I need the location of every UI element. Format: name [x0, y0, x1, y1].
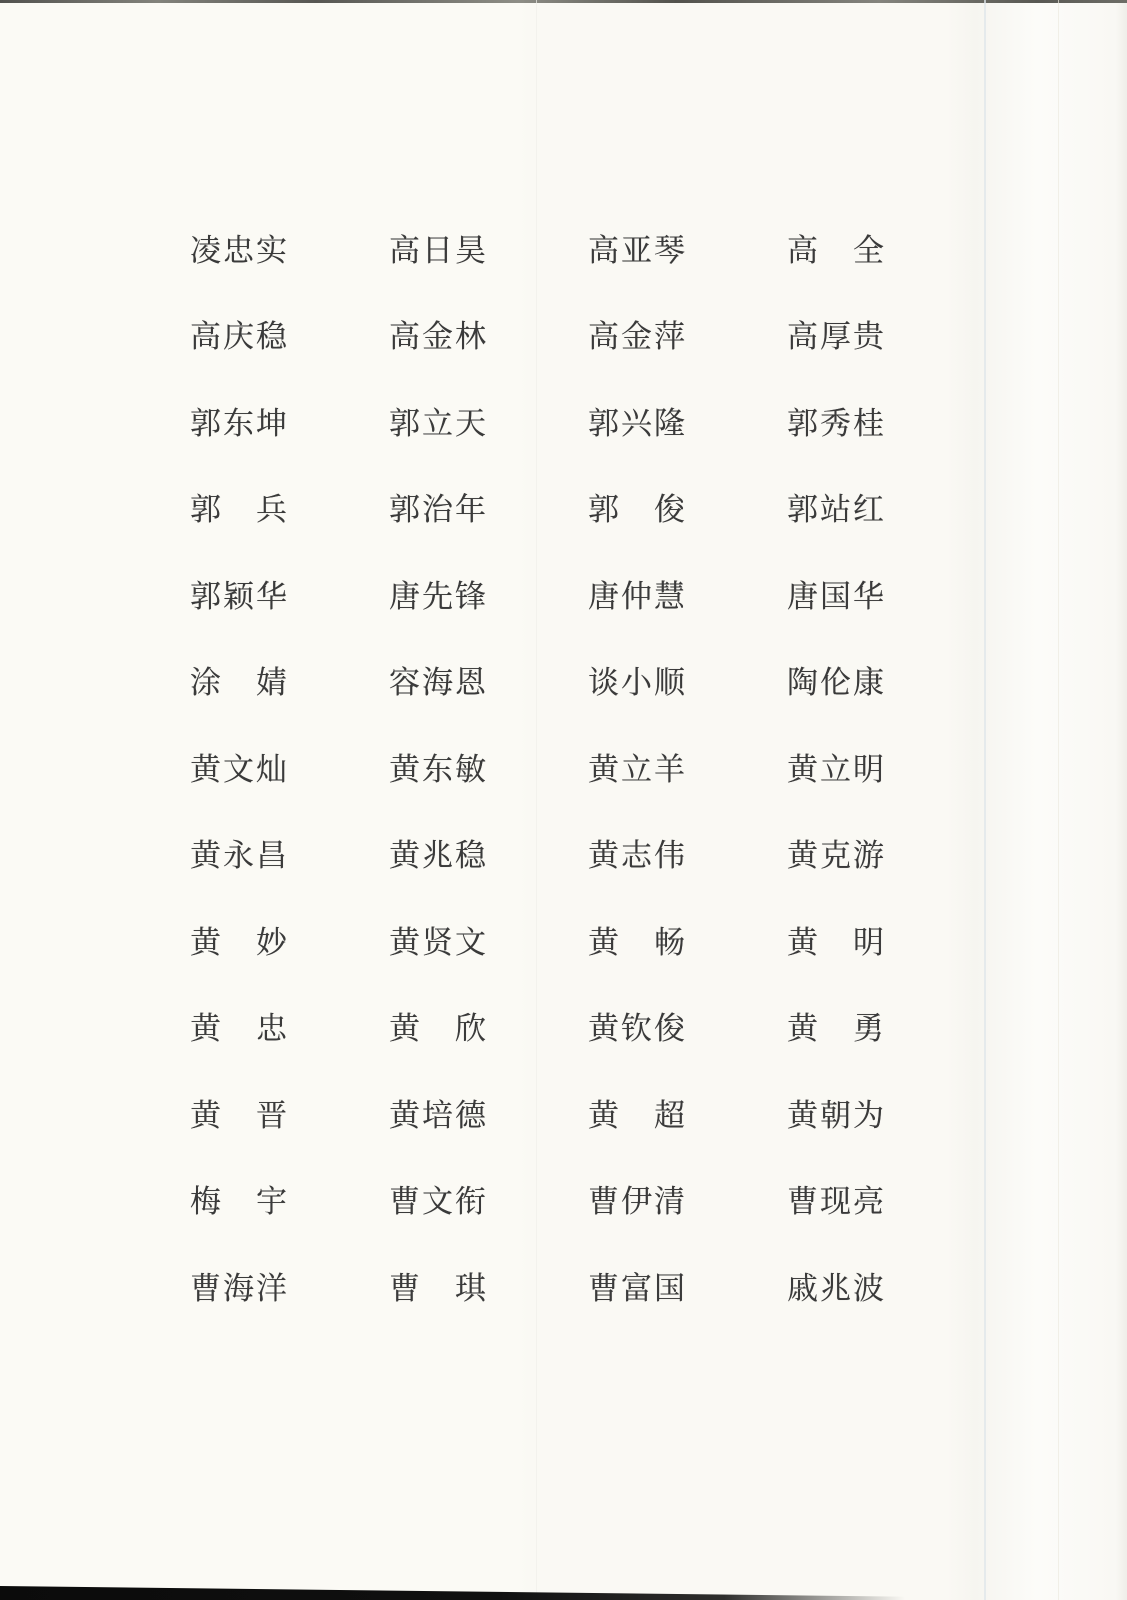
name-row: 郭颖华唐先锋唐仲慧唐国华 [190, 550, 990, 637]
name-cell: 郭 俊 [588, 484, 787, 529]
name-cell: 高 全 [787, 225, 986, 270]
name-row: 曹海洋曹 琪曹富国戚兆波 [190, 1242, 990, 1329]
name-cell: 曹文衔 [389, 1176, 588, 1221]
name-cell: 高日昊 [389, 225, 588, 270]
name-cell: 郭秀桂 [787, 398, 986, 443]
name-cell: 黄 欣 [389, 1003, 588, 1048]
name-row: 黄 忠黄 欣黄钦俊黄 勇 [190, 983, 990, 1070]
name-cell: 黄立明 [787, 744, 986, 789]
name-cell: 涂 婧 [190, 657, 389, 702]
scan-streak-line [1058, 0, 1059, 1600]
name-cell: 郭东坤 [190, 398, 389, 443]
name-cell: 黄朝为 [787, 1090, 986, 1135]
name-cell: 高庆稳 [190, 311, 389, 356]
name-row: 黄永昌黄兆稳黄志伟黄克游 [190, 810, 990, 897]
name-cell: 黄立羊 [588, 744, 787, 789]
name-cell: 梅 宇 [190, 1176, 389, 1221]
name-row: 黄 晋黄培德黄 超黄朝为 [190, 1069, 990, 1156]
name-row: 黄文灿黄东敏黄立羊黄立明 [190, 723, 990, 810]
name-cell: 黄钦俊 [588, 1003, 787, 1048]
name-cell: 郭站红 [787, 484, 986, 529]
name-cell: 黄贤文 [389, 917, 588, 962]
name-cell: 曹伊清 [588, 1176, 787, 1221]
name-cell: 黄志伟 [588, 830, 787, 875]
name-cell: 黄 明 [787, 917, 986, 962]
name-cell: 黄 超 [588, 1090, 787, 1135]
scan-bottom-edge-artifact [0, 1586, 905, 1600]
name-cell: 谈小顺 [588, 657, 787, 702]
name-cell: 曹现亮 [787, 1176, 986, 1221]
name-cell: 高厚贵 [787, 311, 986, 356]
name-row: 郭 兵郭治年郭 俊郭站红 [190, 464, 990, 551]
name-cell: 高金林 [389, 311, 588, 356]
scanned-page: 凌忠实高日昊高亚琴高 全高庆稳高金林高金萍高厚贵郭东坤郭立天郭兴隆郭秀桂郭 兵郭… [0, 0, 1127, 1600]
name-cell: 郭立天 [389, 398, 588, 443]
name-row: 梅 宇曹文衔曹伊清曹现亮 [190, 1156, 990, 1243]
name-cell: 黄培德 [389, 1090, 588, 1135]
name-cell: 黄东敏 [389, 744, 588, 789]
name-cell: 曹海洋 [190, 1263, 389, 1308]
name-cell: 曹 琪 [389, 1263, 588, 1308]
name-cell: 黄永昌 [190, 830, 389, 875]
name-cell: 容海恩 [389, 657, 588, 702]
name-cell: 黄 勇 [787, 1003, 986, 1048]
name-cell: 高金萍 [588, 311, 787, 356]
name-cell: 戚兆波 [787, 1263, 986, 1308]
name-cell: 郭颖华 [190, 571, 389, 616]
name-cell: 黄 忠 [190, 1003, 389, 1048]
name-cell: 唐仲慧 [588, 571, 787, 616]
name-row: 凌忠实高日昊高亚琴高 全 [190, 204, 990, 291]
name-cell: 陶伦康 [787, 657, 986, 702]
name-row: 高庆稳高金林高金萍高厚贵 [190, 291, 990, 378]
name-cell: 黄兆稳 [389, 830, 588, 875]
name-cell: 唐先锋 [389, 571, 588, 616]
name-cell: 黄 畅 [588, 917, 787, 962]
name-cell: 黄克游 [787, 830, 986, 875]
name-cell: 黄 晋 [190, 1090, 389, 1135]
name-cell: 曹富国 [588, 1263, 787, 1308]
name-cell: 黄文灿 [190, 744, 389, 789]
name-cell: 郭兴隆 [588, 398, 787, 443]
name-row: 涂 婧容海恩谈小顺陶伦康 [190, 637, 990, 724]
name-cell: 郭治年 [389, 484, 588, 529]
name-row: 黄 妙黄贤文黄 畅黄 明 [190, 896, 990, 983]
name-list: 凌忠实高日昊高亚琴高 全高庆稳高金林高金萍高厚贵郭东坤郭立天郭兴隆郭秀桂郭 兵郭… [190, 204, 990, 1329]
name-cell: 凌忠实 [190, 225, 389, 270]
name-cell: 黄 妙 [190, 917, 389, 962]
name-cell: 高亚琴 [588, 225, 787, 270]
name-row: 郭东坤郭立天郭兴隆郭秀桂 [190, 377, 990, 464]
name-cell: 郭 兵 [190, 484, 389, 529]
scan-top-edge-artifact [0, 0, 1127, 3]
name-cell: 唐国华 [787, 571, 986, 616]
